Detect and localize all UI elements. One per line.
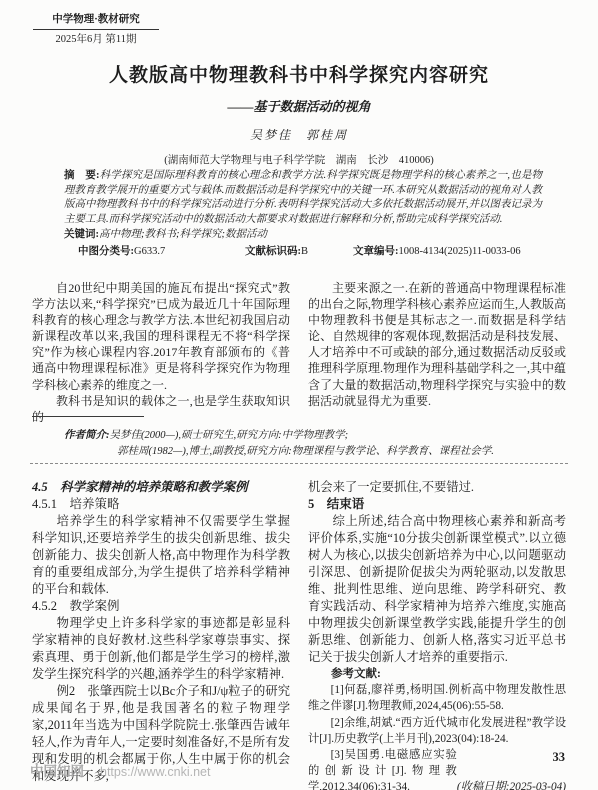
- cnki-watermark: 中国知网 https://www.cnki.net: [30, 760, 210, 780]
- keywords-text: 高中物理;教科书;科学探究;数据活动: [99, 229, 267, 240]
- abstract-label: 摘 要:: [64, 170, 99, 181]
- reference-last-row: [3]吴国勇.电磁感应实验的创新设计[J].物理教学,2012,34(06):3…: [308, 747, 566, 790]
- references-label: 参考文献:: [308, 666, 566, 682]
- reference-item: [1]何磊,廖祥勇,杨明国.例析高中物理发散性思维之伴谬[J].物理教师,202…: [308, 682, 566, 714]
- intro-paragraph: 主要来源之一.在新的普通高中物理课程标准的出台之际,物理学科核心素养应运而生,人…: [308, 280, 566, 409]
- page-number: 33: [553, 750, 566, 765]
- intro-left-column: 自20世纪中期美国的施瓦布提出“探究式”教学方法以来,“科学探究”已成为最近几十…: [32, 280, 290, 425]
- author-bio-label: 作者简介:: [64, 430, 110, 441]
- journal-header: 中学物理·教材研究 2025年6月 第11期: [33, 13, 159, 46]
- journal-name: 中学物理·教材研究: [33, 13, 159, 30]
- received-date: (收稿日期:2025-03-04): [457, 779, 566, 790]
- author-bio-line: 郭桂周(1982—),博士,副教授,研究方向:物理课程与教学论、科学教育、课程社…: [64, 444, 566, 460]
- body-columns: 4.5 科学家精神的培养策略和教学案例 4.5.1 培养策略 培养学生的科学家精…: [32, 479, 566, 790]
- reference-item: [2]余维,胡斌.“西方近代城市化发展进程”教学设计[J].历史教学(上半月刊)…: [308, 715, 566, 747]
- footnote-separator: [32, 416, 144, 417]
- author-bio: 作者简介:吴梦佳(2000—),硕士研究生,研究方向:中学物理教学; 郭桂周(1…: [64, 428, 566, 459]
- conclusion-paragraph: 综上所述,结合高中物理核心素养和新高考评价体系,实施“10分拔尖创新课堂模式”.…: [308, 513, 566, 666]
- clc-number: 中图分类号:G633.7: [78, 243, 165, 258]
- body-right-column: 机会来了一定要抓住,不要错过. 5 结束语 综上所述,结合高中物理核心素养和新高…: [308, 479, 566, 790]
- journal-page: 中学物理·教材研究 2025年6月 第11期 人教版高中物理教科书中科学探究内容…: [0, 0, 598, 790]
- journal-issue: 2025年6月 第11期: [33, 30, 159, 46]
- body-paragraph: 培养学生的科学家精神不仅需要学生掌握科学知识,还要培养学生的拔尖创新思维、拔尖创…: [32, 513, 290, 598]
- article-affiliation: (湖南师范大学物理与电子科学学院 湖南 长沙 410006): [0, 152, 598, 167]
- intro-right-column: 主要来源之一.在新的普通高中物理课程标准的出台之际,物理学科核心素养应运而生,人…: [308, 280, 566, 425]
- abstract-paragraph: 摘 要:科学探究是国际理科教育的核心理念和教学方法.科学探究既是物理学科的核心素…: [64, 169, 542, 227]
- section-heading-4-5-2: 4.5.2 教学案例: [32, 598, 290, 615]
- section-heading-4-5-1: 4.5.1 培养策略: [32, 496, 290, 513]
- body-paragraph: 物理学史上许多科学家的事迹都是彰显科学家精神的良好教材.这些科学家尊崇事实、探索…: [32, 615, 290, 683]
- intro-paragraph: 自20世纪中期美国的施瓦布提出“探究式”教学方法以来,“科学探究”已成为最近几十…: [32, 280, 290, 393]
- title-block: 人教版高中物理教科书中科学探究内容研究 ——基于数据活动的视角 吴梦佳 郭桂周 …: [0, 60, 598, 167]
- article-subtitle: ——基于数据活动的视角: [0, 96, 598, 115]
- article-authors: 吴梦佳 郭桂周: [0, 126, 598, 143]
- article-title: 人教版高中物理教科书中科学探究内容研究: [0, 60, 598, 87]
- author-bio-line: 作者简介:吴梦佳(2000—),硕士研究生,研究方向:中学物理教学;: [64, 428, 566, 444]
- dotted-separator: [30, 463, 568, 464]
- keywords-row: 关键词:高中物理;教科书;科学探究;数据活动: [64, 228, 542, 243]
- cnki-url-link[interactable]: https://www.cnki.net: [100, 765, 210, 779]
- abstract-text: 科学探究是国际理科教育的核心理念和教学方法.科学探究既是物理学科的核心素养之一,…: [64, 170, 542, 225]
- cnki-logo-text: 中国知网: [30, 760, 84, 780]
- keywords-label: 关键词:: [64, 229, 99, 240]
- section-heading-5: 5 结束语: [308, 496, 566, 513]
- intro-columns: 自20世纪中期美国的施瓦布提出“探究式”教学方法以来,“科学探究”已成为最近几十…: [32, 280, 566, 425]
- intro-paragraph: 教科书是知识的载体之一,也是学生获取知识的: [32, 393, 290, 425]
- section-heading-4-5: 4.5 科学家精神的培养策略和教学案例: [32, 479, 290, 496]
- body-left-column: 4.5 科学家精神的培养策略和教学案例 4.5.1 培养策略 培养学生的科学家精…: [32, 479, 290, 790]
- abstract-block: 摘 要:科学探究是国际理科教育的核心理念和教学方法.科学探究既是物理学科的核心素…: [64, 169, 542, 243]
- article-meta-row: 中图分类号:G633.7 文献标识码:B 文章编号:1008-4134(2025…: [64, 243, 542, 257]
- body-paragraph: 机会来了一定要抓住,不要错过.: [308, 479, 566, 496]
- document-code: 文献标识码:B: [245, 243, 308, 258]
- article-id: 文章编号:1008-4134(2025)11-0033-06: [353, 243, 521, 258]
- reference-item: [3]吴国勇.电磁感应实验的创新设计[J].物理教学,2012,34(06):3…: [308, 747, 457, 790]
